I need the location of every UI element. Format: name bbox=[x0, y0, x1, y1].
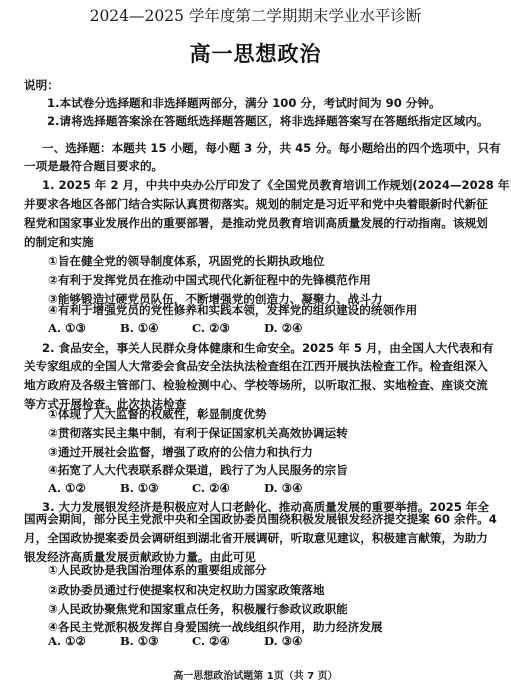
question-stem: 月，全国政协提案委员会调研组到湖北省开展调研，听取意见建议，积极建言献策，为助力 bbox=[24, 530, 488, 546]
choice-c[interactable]: C. ②④ bbox=[192, 634, 264, 648]
question-stem: 的制定和实施 bbox=[24, 234, 94, 250]
question-stem: 并要求各地区各部门结合实际认真贯彻落实。规划的制定是习近平和党中央着眼新时代新征 bbox=[24, 196, 488, 212]
choice-c[interactable]: C. ②③ bbox=[192, 321, 264, 335]
statement: ②有利于发挥党员在推动中国式现代化新征程中的先锋模范作用 bbox=[48, 272, 371, 288]
section-heading-cont: 一项是最符合题目要求的。 bbox=[24, 158, 163, 174]
question-stem: 程党和国家事业发展作出的重要部署，是推动党员教育培训高质量发展的行动指南。该规划 bbox=[24, 215, 488, 231]
choice-d[interactable]: D. ③④ bbox=[264, 481, 336, 495]
question-stem: 国两会期间，部分民主党派中央和全国政协委员围绕积极发展银发经济提交提案 60 余… bbox=[24, 511, 497, 527]
statement: ③通过开展社会监督，增强了政府的公信力和执行力 bbox=[48, 444, 313, 460]
statement: ③人民政协聚焦党和国家重点任务，积极履行参政议政职能 bbox=[48, 601, 348, 617]
statement: ①旨在健全党的领导制度体系，巩固党的长期执政地位 bbox=[48, 253, 324, 269]
statement: ④拓宽了人大代表联系群众渠道，践行了为人民服务的宗旨 bbox=[48, 462, 348, 478]
statement: ①体现了人大监督的权威性，彰显制度优势 bbox=[48, 406, 267, 422]
page-footer: 高一思想政治试题第 1页（共 7 页） bbox=[0, 667, 511, 682]
choice-b[interactable]: B. ①③ bbox=[120, 481, 192, 495]
choice-c[interactable]: C. ②④ bbox=[192, 481, 264, 495]
question-stem: 2. 食品安全，事关人民群众身体健康和生命安全。2025 年 5 月，由全国人大… bbox=[42, 340, 494, 356]
statement: ④有利于增强党员的党性修养和实践本领，发挥党的组织建设的统领作用 bbox=[48, 302, 417, 318]
question-stem: 关专家组成的全国人大常委会食品安全法执法检查组在江西开展执法检查工作。检查组深入 bbox=[24, 358, 488, 374]
statement: ①人民政协是我国治理体系的重要组成部分 bbox=[48, 562, 267, 578]
answer-choices: A. ①② B. ①③ C. ②④ D. ③④ bbox=[48, 481, 336, 495]
answer-choices: A. ①③ B. ①④ C. ②③ D. ②④ bbox=[48, 321, 336, 335]
choice-d[interactable]: D. ③④ bbox=[264, 634, 336, 648]
instructions-label: 说明： bbox=[24, 77, 59, 93]
statement: ②贯彻落实民主集中制，有利于保证国家机关高效协调运转 bbox=[48, 425, 348, 441]
choice-d[interactable]: D. ②④ bbox=[264, 321, 336, 335]
choice-a[interactable]: A. ①② bbox=[48, 634, 120, 648]
answer-choices: A. ①② B. ①③ C. ②④ D. ③④ bbox=[48, 634, 336, 648]
instruction-item: 1.本试卷分选择题和非选择题两部分，满分 100 分，考试时间为 90 分钟。 bbox=[47, 95, 441, 111]
choice-a[interactable]: A. ①③ bbox=[48, 321, 120, 335]
choice-b[interactable]: B. ①③ bbox=[120, 634, 192, 648]
subject-title: 高一思想政治 bbox=[0, 38, 511, 68]
choice-a[interactable]: A. ①② bbox=[48, 481, 120, 495]
instruction-item: 2.请将选择题答案涂在答题纸选择题答题区，将非选择题答案写在答题纸指定区域内。 bbox=[47, 113, 488, 129]
exam-page: 2024—2025 学年度第二学期期末学业水平诊断 高一思想政治 说明： 1.本… bbox=[0, 0, 511, 690]
section-heading: 一、选择题：本题共 15 小题，每小题 3 分，共 45 分。每小题给出的四个选… bbox=[42, 140, 501, 156]
choice-b[interactable]: B. ①④ bbox=[120, 321, 192, 335]
exam-title: 2024—2025 学年度第二学期期末学业水平诊断 bbox=[0, 4, 511, 26]
statement: ②政协委员通过行使提案权和决定权助力国家政策落地 bbox=[48, 582, 324, 598]
question-stem: 地方政府及各级主管部门、检验检测中心、学校等场所，以听取汇报、实地检查、座谈交流 bbox=[24, 377, 488, 393]
statement: ④各民主党派积极发挥自身爱国统一战线组织作用，助力经济发展 bbox=[48, 619, 382, 635]
question-stem: 1. 2025 年 2 月，中共中央办公厅印发了《全国党员教育培训工作规划(20… bbox=[42, 177, 511, 193]
